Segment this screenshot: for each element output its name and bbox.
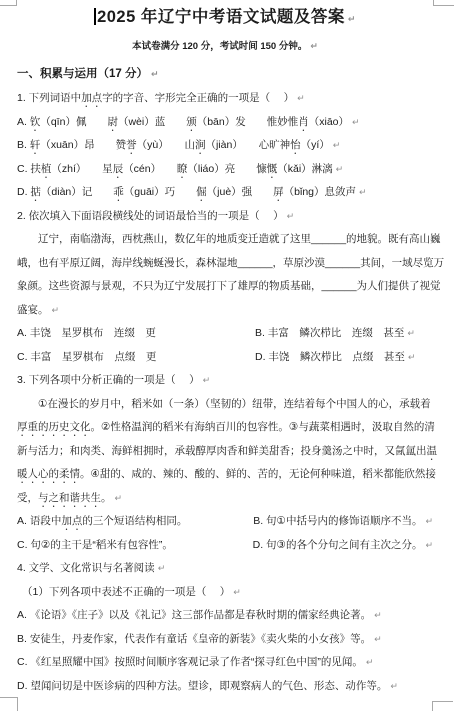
emphasized-text: 屏 xyxy=(273,186,284,198)
paragraph-mark: ↵ xyxy=(352,117,360,127)
emphasized-text: 瞭 xyxy=(177,163,188,175)
crop-mark-bottom-left xyxy=(0,697,18,711)
question-3-options-cd: C. 句②的主干是“稻米有包容性”。D. 句③的各个分句之间有主次之分。↵ xyxy=(17,534,433,558)
exam-title: 2025 年辽宁中考语文试题及答案↵ xyxy=(17,4,433,30)
exam-subtitle: 本试卷满分 120 分，考试时间 150 分钟。↵ xyxy=(17,37,433,55)
emphasized-text: 掂 xyxy=(30,186,41,198)
question-2-options-cd: C. 丰富 星罗棋布 点缀 更D. 丰饶 鳞次栉比 点缀 甚至↵ xyxy=(17,346,433,370)
question-1-option-d: D. 掂（diàn）记 乖（guāi）巧 倔（juè）强 屏（bǐng）息敛声↵ xyxy=(17,181,433,205)
paragraph-mark: ↵ xyxy=(407,328,415,338)
emphasized-text: 钦 xyxy=(30,116,41,128)
question-1-option-a: A. 钦（qīn）佩 尉（wèi）蓝 颁（bān）发 惟妙惟肖（xiāo）↵ xyxy=(17,111,433,135)
option-left-column: C. 丰富 星罗棋布 点缀 更 xyxy=(17,346,255,370)
paragraph-mark: ↵ xyxy=(151,69,159,79)
option-left-column: C. 句②的主干是“稻米有包容性”。 xyxy=(17,534,253,558)
emphasized-text: 暖人心的柔情 xyxy=(17,468,80,480)
text-cursor xyxy=(94,8,96,25)
paragraph-mark: ↵ xyxy=(233,587,241,597)
section-heading: 一、积累与运用（17 分）↵ xyxy=(17,64,433,84)
question-1-option-b: B. 轩（xuān）昂 赞誉（yù） 山涧（jiàn） 心旷神怡（yí）↵ xyxy=(17,134,433,158)
option-right-column: B. 丰富 鳞次栉比 连缀 甚至↵ xyxy=(255,322,415,346)
crop-mark-bottom-right xyxy=(432,701,453,711)
question-3-options-ab: A. 语段中加点的三个短语结构相同。B. 句①中括号内的修饰语顺序不当。↵ xyxy=(17,510,433,534)
option-left-column: A. 语段中加点的三个短语结构相同。 xyxy=(17,510,253,534)
emphasized-text: 慨 xyxy=(267,163,278,175)
emphasized-text: 乖 xyxy=(113,186,124,198)
paragraph-mark: ↵ xyxy=(310,41,318,51)
question-4-option-a: A. 《论语》《庄子》以及《礼记》这三部作品都是春秋时期的儒家经典论著。↵ xyxy=(17,604,433,628)
emphasized-text: 温 xyxy=(427,445,438,457)
paragraph-mark: ↵ xyxy=(374,634,382,644)
question-4-sub-1: （1）下列各项中表述不正确的一项是（ ）↵ xyxy=(17,581,433,605)
paragraph-mark: ↵ xyxy=(336,164,344,174)
emphasized-text: 怡 xyxy=(290,139,301,151)
paragraph-mark: ↵ xyxy=(52,305,60,315)
emphasized-text: 加点 xyxy=(61,515,82,527)
emphasized-text: 轩 xyxy=(30,139,41,151)
question-2-passage-line-2: 峨，也有平原辽阔，海岸线蜿蜒漫长，森林湿地______，草原沙漠______其间… xyxy=(17,252,433,276)
question-3-passage-line-4: 暖人心的柔情。④甜的、咸的、辣的、酸的、鲜的、苦的，无论何种味道，稻米都能欣然接 xyxy=(17,463,433,487)
option-right-column: D. 句③的各个分句之间有主次之分。↵ xyxy=(253,534,433,558)
question-3-passage-line-5: 受，与之和谐共生。↵ xyxy=(17,487,433,511)
question-3: 3. 下列各项中分析正确的一项是（ ）↵ xyxy=(17,369,433,393)
question-3-passage-line-3: 新与活力；和肉类、海鲜相拥时，承载醇厚肉香和鲜美甜香；投身羹汤之中时，又氤氲出温 xyxy=(17,440,433,464)
question-1-option-c: C. 扶植（zhí） 星辰（cén） 瞭（liáo）亮 慷慨（kǎi）淋漓↵ xyxy=(17,158,433,182)
option-left-column: A. 丰饶 星罗棋布 连缀 更 xyxy=(17,322,255,346)
emphasized-text: 颁 xyxy=(186,116,197,128)
emphasized-text: 誉 xyxy=(126,139,137,151)
question-3-passage-line-1: ①在漫长的岁月中，稻米如（一条）（坚韧的）纽带，连结着每个中国人的心，承载着 xyxy=(17,393,433,417)
option-right-column: B. 句①中括号内的修饰语顺序不当。↵ xyxy=(253,510,433,534)
question-2-passage-line-1: 辽宁，南临渤海，西枕燕山，数亿年的地质变迁造就了这里______的地貌。既有高山… xyxy=(17,228,433,252)
paragraph-mark: ↵ xyxy=(366,657,374,667)
paragraph-mark: ↵ xyxy=(359,187,367,197)
option-right-column: D. 丰饶 鳞次栉比 点缀 甚至↵ xyxy=(255,346,415,370)
crop-mark-top-left xyxy=(0,0,17,6)
paragraph-mark: ↵ xyxy=(348,14,356,24)
question-3-passage-line-2: 厚重的历史文化。②性格温润的稻米有海纳百川的包容性。③与蔬菜相遇时，汲取自然的清 xyxy=(17,416,433,440)
question-2-passage-line-3: 象颜。这些资源与景观，不只为辽宁发展打下了雄厚的物质基础，______为人们提供… xyxy=(17,275,433,299)
crop-mark-top-right xyxy=(433,0,454,6)
emphasized-text: 涧 xyxy=(195,139,206,151)
document-page: 2025 年辽宁中考语文试题及答案↵本试卷满分 120 分，考试时间 150 分… xyxy=(0,0,472,711)
question-2: 2. 依次填入下面语段横线处的词语最恰当的一项是（ ）↵ xyxy=(17,205,433,229)
paragraph-mark: ↵ xyxy=(408,352,416,362)
emphasized-text: 倔 xyxy=(196,186,207,198)
emphasized-text: 植 xyxy=(41,163,52,175)
emphasized-text: 厚重的历史文化 xyxy=(17,421,91,433)
paragraph-mark: ↵ xyxy=(203,375,211,385)
paragraph-mark: ↵ xyxy=(287,211,295,221)
paragraph-mark: ↵ xyxy=(297,93,305,103)
emphasized-text: 肖 xyxy=(298,116,309,128)
paragraph-mark: ↵ xyxy=(390,681,398,691)
question-4: 4. 文学、文化常识与名著阅读↵ xyxy=(17,557,433,581)
question-4-option-c: C. 《红星照耀中国》按照时间顺序客观记录了作者“探寻红色中国”的见闻。↵ xyxy=(17,651,433,675)
document-body: 2025 年辽宁中考语文试题及答案↵本试卷满分 120 分，考试时间 150 分… xyxy=(17,4,433,698)
question-4-option-d: D. 望闻问切是中医诊病的四种方法。望诊，即观察病人的气色、形态、动作等。↵ xyxy=(17,675,433,699)
question-2-passage-line-4: 盛宴。↵ xyxy=(17,299,433,323)
emphasized-text: 尉 xyxy=(107,116,118,128)
question-1: 1. 下列词语中加点字的字音、字形完全正确的一项是（ ）↵ xyxy=(17,87,433,111)
paragraph-mark: ↵ xyxy=(158,563,166,573)
paragraph-mark: ↵ xyxy=(425,540,433,550)
emphasized-text: 辰 xyxy=(113,163,124,175)
emphasized-text: 与之和谐共生 xyxy=(38,492,101,504)
question-2-options-ab: A. 丰饶 星罗棋布 连缀 更B. 丰富 鳞次栉比 连缀 甚至↵ xyxy=(17,322,433,346)
question-4-option-b: B. 安徒生，丹麦作家，代表作有童话《皇帝的新装》《卖火柴的小女孩》等。↵ xyxy=(17,628,433,652)
paragraph-mark: ↵ xyxy=(425,516,433,526)
emphasized-text: 加点 xyxy=(81,92,102,104)
paragraph-mark: ↵ xyxy=(333,140,341,150)
paragraph-mark: ↵ xyxy=(115,493,123,503)
paragraph-mark: ↵ xyxy=(374,610,382,620)
